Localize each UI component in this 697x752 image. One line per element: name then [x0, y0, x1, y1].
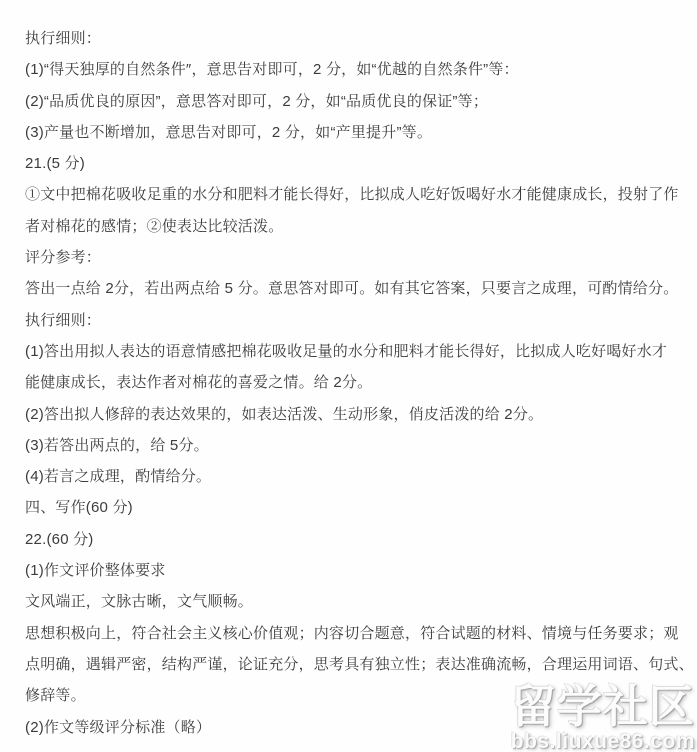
- text-line: 思想积极向上，符合社会主义核心价值观；内容切合题意，符合试题的材料、情境与任务要…: [25, 618, 691, 649]
- text-line: ①文中把棉花吸收足重的水分和肥料才能长得好，比拟成人吃好饭喝好水才能健康成长，投…: [25, 179, 691, 210]
- text-line: 文风端正，文脉古晰，文气顺畅。: [25, 586, 691, 617]
- text-line: (1)答出用拟人表达的语意情感把棉花吸收足量的水分和肥料才能长得好，比拟成人吃好…: [25, 336, 691, 367]
- text-line: 能健康成长，表达作者对棉花的喜爱之情。给 2分。: [25, 367, 691, 398]
- text-line: 答出一点给 2分，若出两点给 5 分。意思答对即可。如有其它答案，只要言之成理，…: [25, 273, 691, 304]
- text-line: 四、写作(60 分): [25, 492, 691, 523]
- text-line: (2)作文等级评分标准（略）: [25, 712, 691, 743]
- text-line: (3)产量也不断增加，意思告对即可，2 分，如“产里提升”等。: [25, 117, 691, 148]
- text-line: (2)“品质优良的原因”，意思答对即可，2 分，如“品质优良的保证”等；: [25, 86, 691, 117]
- text-line: 点明确，遇辑严密，结构严谨，论证充分，思考具有独立性；表达准确流畅，合理运用词语…: [25, 649, 691, 680]
- text-line: (4)若言之成理，酌情给分。: [25, 461, 691, 492]
- text-line: 执行细则：: [25, 23, 691, 54]
- text-line: (1)作文评价整体要求: [25, 555, 691, 586]
- text-line: (3)若答出两点的，给 5分。: [25, 430, 691, 461]
- text-line: 修辞等。: [25, 680, 691, 711]
- text-line: 评分参考：: [25, 242, 691, 273]
- text-line: (1)“得天独厚的自然条件″，意思告对即可，2 分，如“优越的自然条件”等：: [25, 54, 691, 85]
- text-line: 执行细则：: [25, 305, 691, 336]
- text-line: 者对棉花的感情；②使表达比较活泼。: [25, 211, 691, 242]
- text-line: 22.(60 分): [25, 524, 691, 555]
- document-body: 执行细则： (1)“得天独厚的自然条件″，意思告对即可，2 分，如“优越的自然条…: [25, 23, 691, 743]
- text-line: 21.(5 分): [25, 148, 691, 179]
- text-line: (2)答出拟人修辞的表达效果的，如表达活泼、生动形象，俏皮活泼的给 2分。: [25, 399, 691, 430]
- document-page: 执行细则： (1)“得天独厚的自然条件″，意思告对即可，2 分，如“优越的自然条…: [0, 0, 697, 752]
